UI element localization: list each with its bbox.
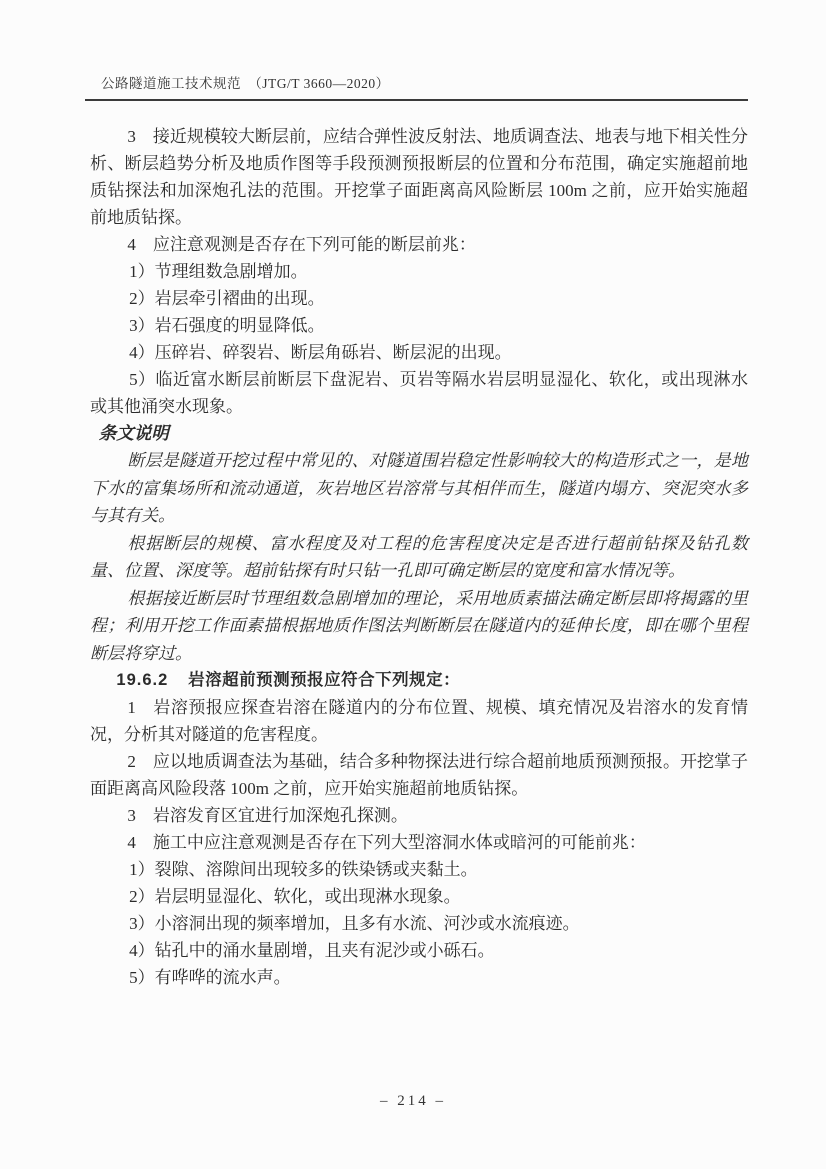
fault-sign-item: 5）临近富水断层前断层下盘泥岩、页岩等隔水岩层明显湿化、软化，或出现淋水或其他涌… xyxy=(90,366,748,420)
karst-sign-item: 3）小溶洞出现的频率增加，且多有水流、河沙或水流痕迹。 xyxy=(90,910,748,937)
karst-sign-item: 4）钻孔中的涌水量剧增，且夹有泥沙或小砾石。 xyxy=(90,937,748,964)
clause-text: 应以地质调查法为基础，结合多种物探法进行综合超前地质预测预报。开挖掌子面距离高风… xyxy=(90,752,748,798)
karst-clause-paragraph: 3岩溶发育区宜进行加深炮孔探测。 xyxy=(90,802,748,829)
page-footer: – 214 – xyxy=(0,1092,826,1110)
karst-sign-item: 2）岩层明显湿化、软化，或出现淋水现象。 xyxy=(90,883,748,910)
karst-sign-item: 1）裂隙、溶隙间出现较多的铁染锈或夹黏土。 xyxy=(90,856,748,883)
clause-number: 4 xyxy=(127,235,136,254)
document-page: 公路隧道施工技术规范 （JTG/T 3660—2020） 3接近规模较大断层前，… xyxy=(0,0,826,1169)
clause-3-paragraph: 3接近规模较大断层前，应结合弹性波反射法、地质调查法、地表与地下相关性分析、断层… xyxy=(90,123,748,231)
clause-text: 施工中应注意观测是否存在下列大型溶洞水体或暗河的可能前兆： xyxy=(153,833,646,852)
clause-4-paragraph: 4应注意观测是否存在下列可能的断层前兆： xyxy=(90,231,748,258)
clause-text: 岩溶预报应探查岩溶在隧道内的分布位置、规模、填充情况及岩溶水的发育情况，分析其对… xyxy=(90,698,748,744)
header-title: 公路隧道施工技术规范 （JTG/T 3660—2020） xyxy=(85,76,748,92)
page-number: – 214 – xyxy=(380,1093,446,1109)
commentary-heading: 条文说明 xyxy=(90,420,748,447)
commentary-paragraph: 根据断层的规模、富水程度及对工程的危害程度决定是否进行超前钻探及钻孔数量、位置、… xyxy=(90,530,748,585)
section-number: 19.6.2 xyxy=(116,671,168,689)
clause-number: 3 xyxy=(127,806,136,825)
fault-sign-item: 1）节理组数急剧增加。 xyxy=(90,258,748,285)
section-heading-19-6-2: 19.6.2岩溶超前预测预报应符合下列规定： xyxy=(90,667,748,694)
fault-sign-item: 2）岩层牵引褶曲的出现。 xyxy=(90,285,748,312)
fault-sign-item: 4）压碎岩、碎裂岩、断层角砾岩、断层泥的出现。 xyxy=(90,339,748,366)
commentary-paragraph: 断层是隧道开挖过程中常见的、对隧道围岩稳定性影响较大的构造形式之一，是地下水的富… xyxy=(90,447,748,530)
clause-text: 应注意观测是否存在下列可能的断层前兆： xyxy=(153,235,476,254)
clause-text: 接近规模较大断层前，应结合弹性波反射法、地质调查法、地表与地下相关性分析、断层趋… xyxy=(90,127,748,227)
karst-sign-item: 5）有哗哗的流水声。 xyxy=(90,964,748,991)
karst-clause-paragraph: 2应以地质调查法为基础，结合多种物探法进行综合超前地质预测预报。开挖掌子面距离高… xyxy=(90,748,748,802)
karst-clause-paragraph: 4施工中应注意观测是否存在下列大型溶洞水体或暗河的可能前兆： xyxy=(90,829,748,856)
karst-clause-paragraph: 1岩溶预报应探查岩溶在隧道内的分布位置、规模、填充情况及岩溶水的发育情况，分析其… xyxy=(90,694,748,748)
commentary-paragraph: 根据接近断层时节理组数急剧增加的理论，采用地质素描法确定断层即将揭露的里程；利用… xyxy=(90,585,748,668)
clause-number: 3 xyxy=(127,127,136,146)
clause-number: 1 xyxy=(127,698,136,717)
running-header: 公路隧道施工技术规范 （JTG/T 3660—2020） xyxy=(85,76,748,101)
section-title: 岩溶超前预测预报应符合下列规定： xyxy=(188,671,460,689)
fault-sign-item: 3）岩石强度的明显降低。 xyxy=(90,312,748,339)
clause-number: 4 xyxy=(127,833,136,852)
clause-number: 2 xyxy=(127,752,136,771)
clause-text: 岩溶发育区宜进行加深炮孔探测。 xyxy=(153,806,408,825)
page-content: 3接近规模较大断层前，应结合弹性波反射法、地质调查法、地表与地下相关性分析、断层… xyxy=(90,123,748,991)
